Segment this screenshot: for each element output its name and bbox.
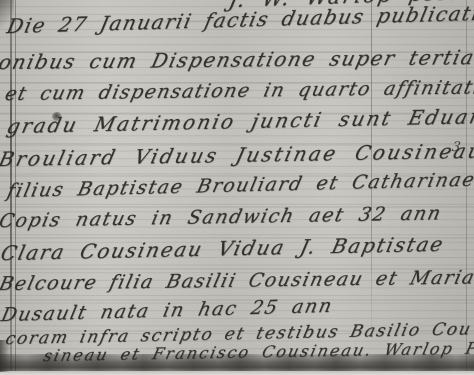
bottom-left-smudge	[0, 340, 12, 372]
manuscript-line: filius Baptistae Brouliard et Catharinae	[5, 169, 474, 203]
manuscript-line: Belcoure filia Basilii Cousineau et Mari…	[0, 266, 474, 295]
manuscript-line: gradu Matrimonio juncti sunt Eduard	[5, 104, 474, 138]
manuscript-line: onibus cum Dispensatione super tertia	[0, 45, 474, 74]
manuscript-line: Clara Cousineau Vidua J. Baptistae	[0, 232, 447, 265]
manuscript-line: Copis natus in Sandwich aet 32 ann	[0, 202, 444, 232]
manuscript-scan-page: J. W. Warlop pss. Die 27 Januarii factis…	[0, 0, 474, 375]
manuscript-line: Brouliard Viduus Justinae Cousineau	[0, 139, 474, 172]
manuscript-line: Dusault nata in hac 25 ann	[0, 295, 335, 326]
manuscript-line: et cum dispensatione in quarto affinitat…	[3, 76, 474, 105]
scan-bottom-edge	[0, 371, 474, 375]
